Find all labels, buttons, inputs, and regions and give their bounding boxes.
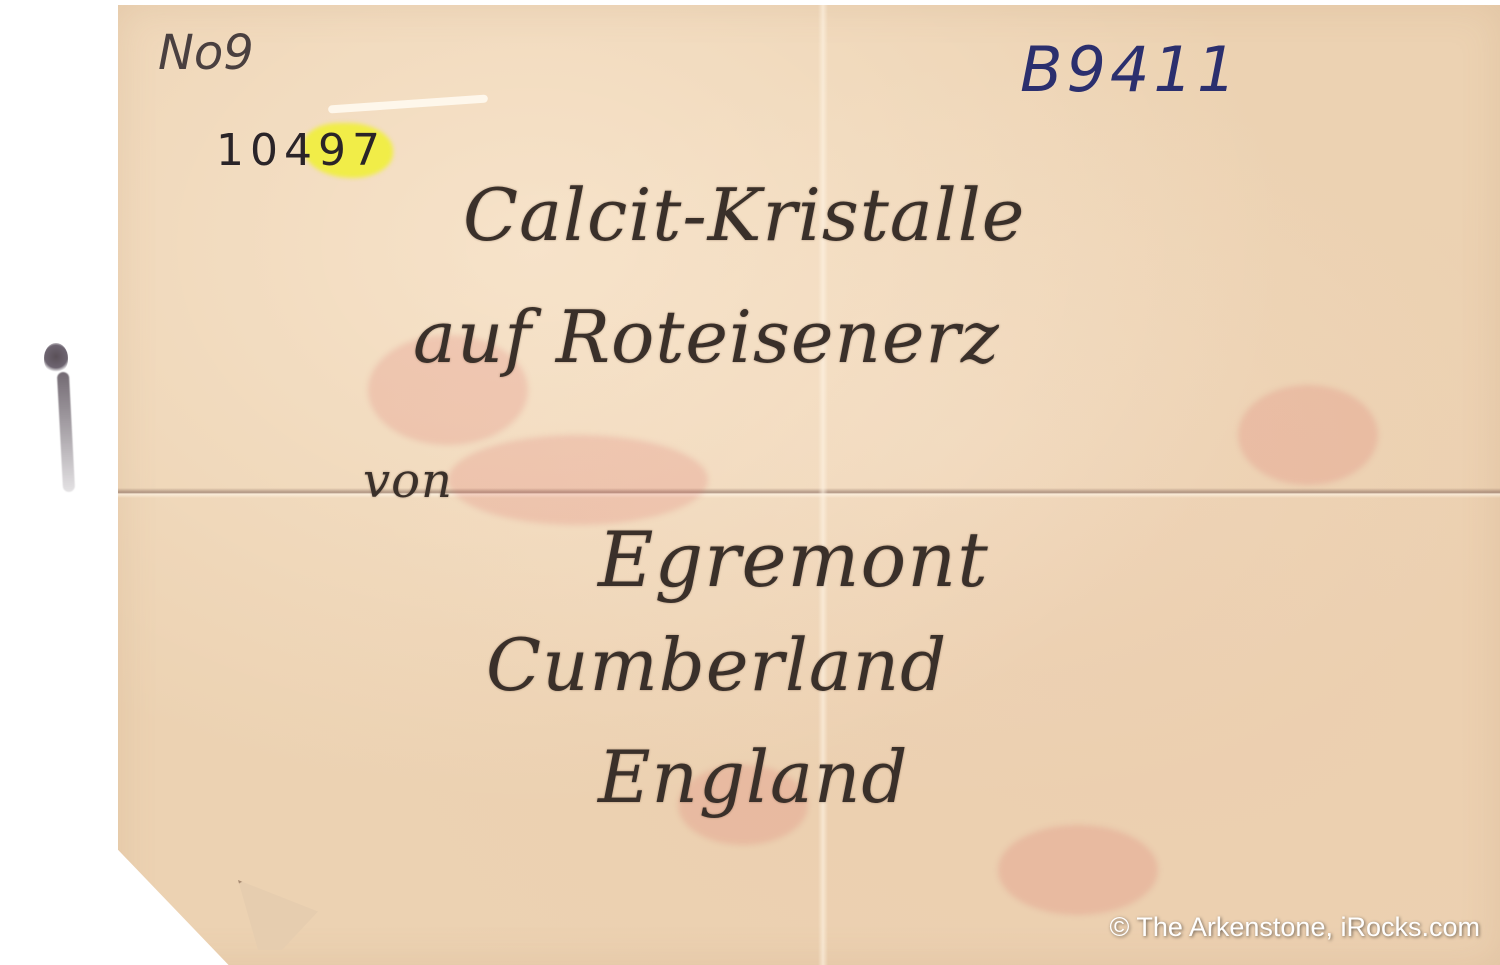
horizontal-fold [118, 488, 1500, 498]
label-line-matrix: auf Roteisenerz [413, 295, 1000, 379]
label-line-county: Cumberland [486, 623, 947, 707]
label-line-von: von [363, 453, 453, 509]
vertical-fold [818, 5, 828, 965]
red-stain [1238, 385, 1378, 485]
label-line-locality: Egremont [598, 515, 989, 604]
catalog-number: 10497 [216, 125, 386, 176]
ink-trail [57, 372, 75, 492]
label-line-country: England [598, 735, 908, 819]
label-line-mineral: Calcit-Kristalle [463, 173, 1025, 257]
corner-curl [238, 880, 318, 950]
copyright-watermark: © The Arkenstone, iRocks.com [1109, 912, 1480, 943]
red-stain [998, 825, 1158, 915]
specimen-label-paper: No9 10497 B9411 Calcit-Kristalle auf Rot… [118, 5, 1500, 965]
specimen-prefix: No9 [158, 25, 254, 81]
red-stain [448, 435, 708, 525]
paper-tear [328, 94, 488, 113]
ink-blot [44, 343, 68, 373]
reference-number: B9411 [1020, 33, 1240, 106]
